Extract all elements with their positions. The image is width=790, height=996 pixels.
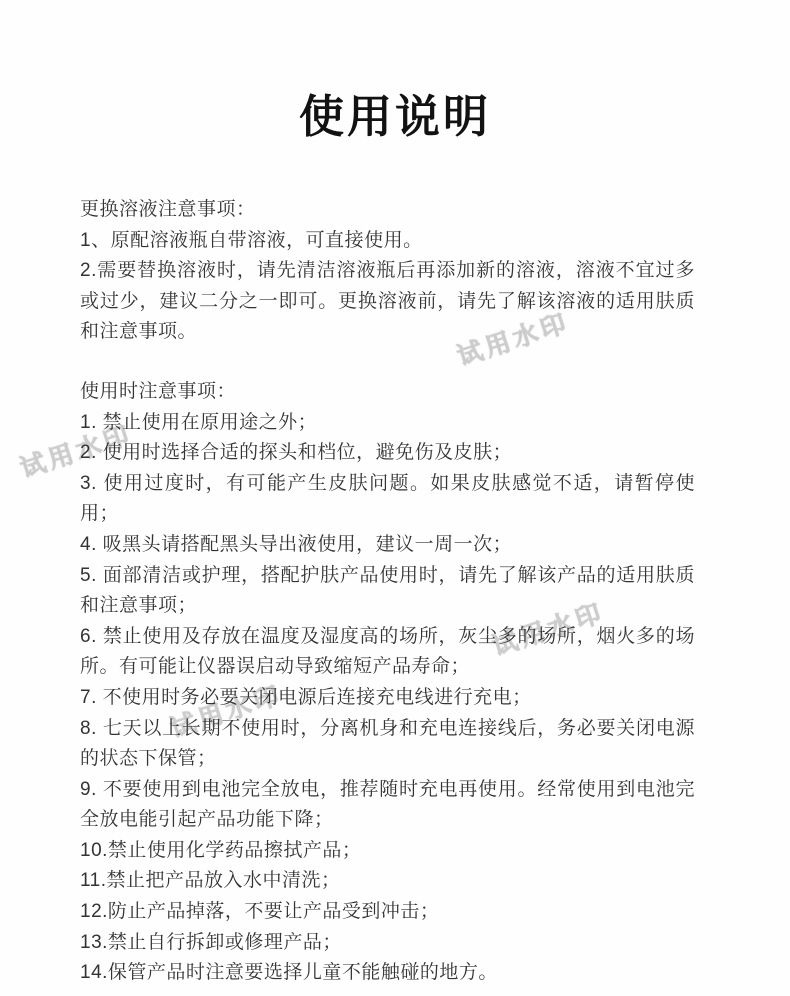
instruction-page: 使用说明 更换溶液注意事项： 1、原配溶液瓶自带溶液，可直接使用。 2.需要替换… (0, 0, 790, 996)
instruction-item: 10.禁止使用化学药品擦拭产品； (80, 836, 695, 867)
instruction-item: 14.保管产品时注意要选择儿童不能触碰的地方。 (80, 958, 695, 989)
instruction-item: 7. 不使用时务必要关闭电源后连接充电线进行充电； (80, 683, 695, 714)
instruction-item: 5. 面部清洁或护理，搭配护肤产品使用时，请先了解该产品的适用肤质和注意事项； (80, 561, 695, 622)
instruction-item: 11.禁止把产品放入水中清洗； (80, 866, 695, 897)
instruction-item: 4. 吸黑头请搭配黑头导出液使用，建议一周一次； (80, 530, 695, 561)
section-heading: 更换溶液注意事项： (80, 195, 695, 226)
instruction-content: 更换溶液注意事项： 1、原配溶液瓶自带溶液，可直接使用。 2.需要替换溶液时，请… (0, 145, 755, 989)
section-usage-precautions: 使用时注意事项： 1. 禁止使用在原用途之外； 2. 使用时选择合适的探头和档位… (80, 377, 695, 989)
instruction-item: 2.需要替换溶液时，请先清洁溶液瓶后再添加新的溶液，溶液不宜过多或过少，建议二分… (80, 256, 695, 348)
instruction-item: 12.防止产品掉落，不要让产品受到冲击； (80, 897, 695, 928)
instruction-item: 1. 禁止使用在原用途之外； (80, 408, 695, 439)
page-title: 使用说明 (0, 0, 790, 145)
instruction-item: 8. 七天以上长期不使用时，分离机身和充电连接线后，务必要关闭电源的状态下保管； (80, 714, 695, 775)
instruction-item: 13.禁止自行拆卸或修理产品； (80, 928, 695, 959)
instruction-item: 2. 使用时选择合适的探头和档位，避免伤及皮肤； (80, 438, 695, 469)
section-heading: 使用时注意事项： (80, 377, 695, 408)
instruction-item: 1、原配溶液瓶自带溶液，可直接使用。 (80, 226, 695, 257)
instruction-item: 6. 禁止使用及存放在温度及湿度高的场所，灰尘多的场所，烟火多的场所。有可能让仪… (80, 622, 695, 683)
instruction-item: 3. 使用过度时，有可能产生皮肤问题。如果皮肤感觉不适，请暂停使用； (80, 469, 695, 530)
instruction-item: 9. 不要使用到电池完全放电，推荐随时充电再使用。经常使用到电池完全放电能引起产… (80, 775, 695, 836)
section-solution-replacement: 更换溶液注意事项： 1、原配溶液瓶自带溶液，可直接使用。 2.需要替换溶液时，请… (80, 195, 695, 348)
